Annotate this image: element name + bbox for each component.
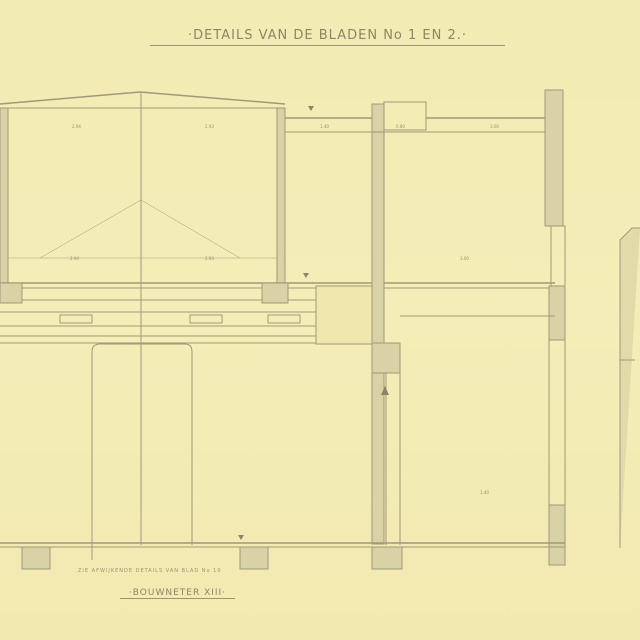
dim-upper-room-a: 1.40 <box>320 124 329 129</box>
architectural-plan <box>0 0 640 640</box>
drawing-note: ZIE AFWIJKENDE DETAILS VAN BLAD No 10 <box>78 568 222 574</box>
dim-top-left-b: 2.93 <box>205 124 214 129</box>
dim-bottom-span: 1.40 <box>480 490 489 495</box>
dim-lower-span-a: 2.94 <box>70 256 79 261</box>
dim-lower-room: 3.00 <box>460 256 469 261</box>
drawing-subtitle: ·BOUWNETER XIII· <box>120 588 235 599</box>
dim-upper-room-c: 3.00 <box>490 124 499 129</box>
dim-top-left-a: 2.94 <box>72 124 81 129</box>
dim-upper-room-b: 0.80 <box>396 124 405 129</box>
drawing-sheet: ·DETAILS VAN DE BLADEN No 1 EN 2.· <box>0 0 640 640</box>
dim-lower-span-b: 2.93 <box>205 256 214 261</box>
